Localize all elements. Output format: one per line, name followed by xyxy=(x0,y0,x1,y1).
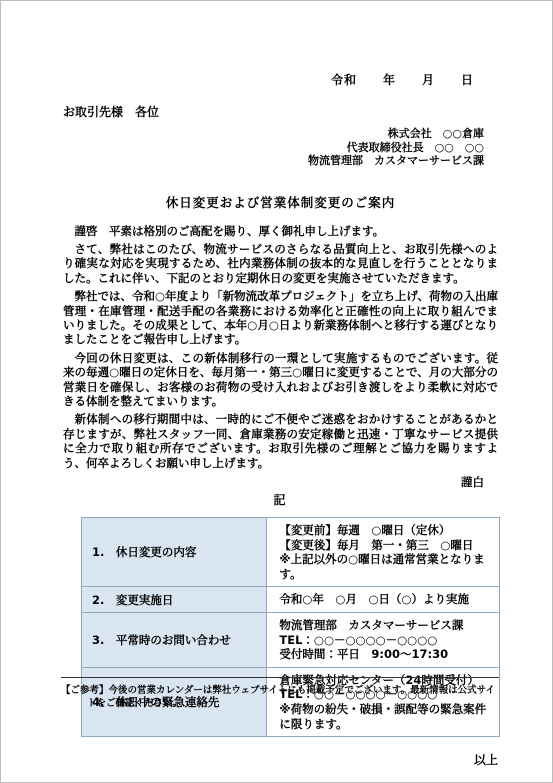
content-line: TEL：○○－○○○○－○○○○ xyxy=(279,633,493,648)
footer-note: 【ご参考】今後の営業カレンダーは弊社ウェブサイトにも掲載予定でございます。最新情… xyxy=(61,684,499,710)
sender-company: 株式会社 ○○倉庫 xyxy=(63,127,484,141)
content-line: ※上記以外の○曜日は通常営業となります。 xyxy=(279,552,493,581)
content-line: 【変更後】毎月 第一・第三 ○曜日 xyxy=(279,538,493,553)
row-content: 令和○年 ○月 ○日（○）より実施 xyxy=(267,587,500,613)
record-marker: 記 xyxy=(63,491,498,508)
document-title: 休日変更および営業体制変更のご案内 xyxy=(63,193,498,211)
body-paragraph-request: 新体制への移行期間中は、一時的にご不便やご迷惑をおかけすることがあるかと存じます… xyxy=(63,412,498,470)
row-label: 2. 変更実施日 xyxy=(82,587,267,613)
body-paragraph-purpose: さて、弊社はこのたび、物流サービスのさらなる品質向上と、お取引先様へのより確実な… xyxy=(63,242,498,285)
content-line: 令和○年 ○月 ○日（○）より実施 xyxy=(279,592,493,607)
body-paragraph-greeting: 謹啓 平素は格別のご高配を賜り、厚く御礼申し上げます。 xyxy=(63,224,498,238)
body-paragraph-project: 弊社では、令和○年度より「新物流改革プロジェクト」を立ち上げ、荷物の入出庫管理・… xyxy=(63,289,498,347)
row-content: 【変更前】毎週 ○曜日（定休） 【変更後】毎月 第一・第三 ○曜日 ※上記以外の… xyxy=(267,518,500,587)
content-line: 【変更前】毎週 ○曜日（定休） xyxy=(279,523,493,538)
closing-salutation: 謹白 xyxy=(63,474,498,490)
sender-department: 物流管理部 カスタマーサービス課 xyxy=(63,154,484,168)
sender-president: 代表取締役社長 ○○ ○○ xyxy=(63,141,484,155)
document-body: 謹啓 平素は格別のご高配を賜り、厚く御礼申し上げます。 さて、弊社はこのたび、物… xyxy=(63,224,498,471)
document-page: 令和 年 月 日 お取引先様 各位 株式会社 ○○倉庫 代表取締役社長 ○○ ○… xyxy=(0,0,553,783)
date-line: 令和 年 月 日 xyxy=(63,71,498,88)
row-content: 物流管理部 カスタマーサービス課 TEL：○○－○○○○－○○○○ 受付時間：平… xyxy=(267,612,500,667)
row-label: 3. 平常時のお問い合わせ xyxy=(82,612,267,667)
table-row-normal-contact: 3. 平常時のお問い合わせ 物流管理部 カスタマーサービス課 TEL：○○－○○… xyxy=(82,612,500,667)
sender-block: 株式会社 ○○倉庫 代表取締役社長 ○○ ○○ 物流管理部 カスタマーサービス課 xyxy=(63,127,498,168)
footer-section: 【ご参考】今後の営業カレンダーは弊社ウェブサイトにも掲載予定でございます。最新情… xyxy=(61,677,499,710)
table-row-effective-date: 2. 変更実施日 令和○年 ○月 ○日（○）より実施 xyxy=(82,587,500,613)
body-paragraph-holiday-change: 今回の休日変更は、この新体制移行の一環として実施するものでございます。従来の毎週… xyxy=(63,351,498,409)
table-row-holiday-change: 1. 休日変更の内容 【変更前】毎週 ○曜日（定休） 【変更後】毎月 第一・第三… xyxy=(82,518,500,587)
content-line: 物流管理部 カスタマーサービス課 xyxy=(279,618,493,633)
end-marker: 以上 xyxy=(63,751,498,768)
row-label: 1. 休日変更の内容 xyxy=(82,518,267,587)
recipient-line: お取引先様 各位 xyxy=(63,103,498,120)
content-line: 受付時間：平日 9:00～17:30 xyxy=(279,647,493,662)
